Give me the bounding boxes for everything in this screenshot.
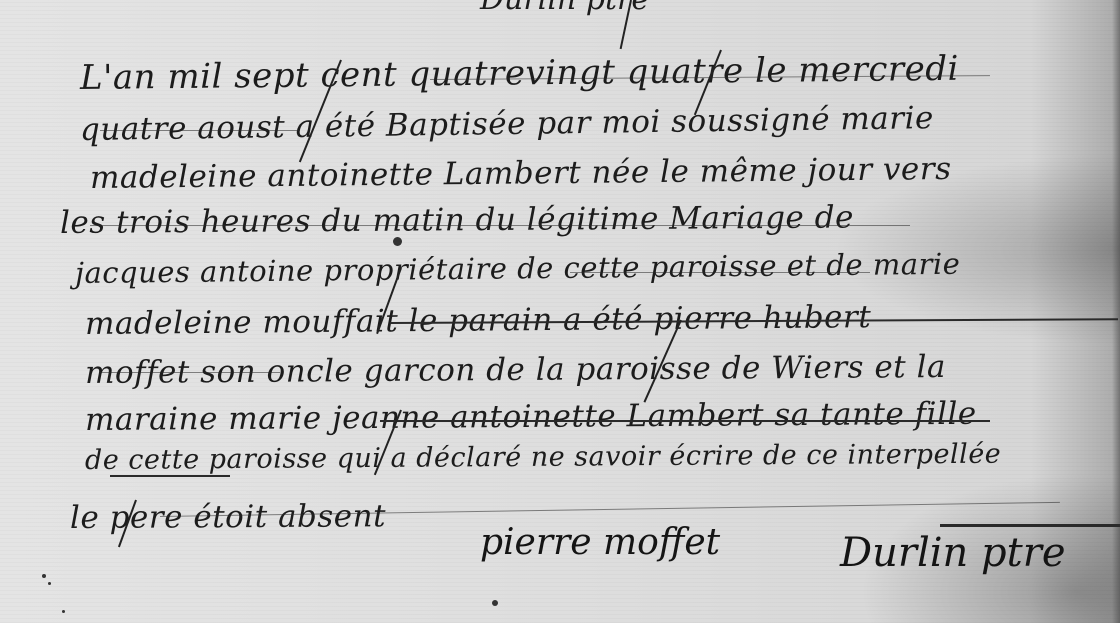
- text-line-9: de cette paroisse qui a déclaré ne savoi…: [85, 439, 1001, 476]
- signature-underline: [940, 524, 1120, 527]
- fill-stroke-line-5: [570, 272, 870, 273]
- priest-signature: Durlin ptre: [840, 530, 1066, 576]
- text-line-2: quatre aoust a été Baptisée par moi sous…: [80, 100, 934, 148]
- previous-entry-signature-fragment: Durlin ptre: [480, 0, 649, 17]
- text-line-4: les trois heures du matin du légitime Ma…: [60, 199, 854, 241]
- text-line-7: moffet son oncle garcon de la paroisse d…: [85, 349, 946, 391]
- fill-stroke-line-4: [90, 225, 910, 226]
- fill-stroke-line-8: [380, 420, 990, 422]
- godfather-signature: pierre moffet: [480, 522, 720, 563]
- text-line-8: maraine marie jeanne antoinette Lambert …: [85, 396, 977, 438]
- text-line-5: jacques antoine propriétaire de cette pa…: [75, 247, 961, 290]
- ink-speck: [48, 582, 51, 585]
- manuscript-page: Durlin ptre L'an mil sept cent quatrevin…: [0, 0, 1120, 623]
- ink-speck: [62, 610, 65, 613]
- ink-blot: [393, 237, 402, 246]
- text-line-1: L'an mil sept cent quatrevingt quatre le…: [80, 49, 959, 98]
- fill-stroke-line-2: [100, 130, 300, 131]
- fill-stroke-line-9: [110, 475, 230, 477]
- ink-blot: [492, 600, 498, 606]
- text-line-3: madeleine antoinette Lambert née le même…: [90, 151, 952, 196]
- page-edge-shadow: [1112, 0, 1120, 623]
- text-line-10: le pere étoit absent: [70, 498, 386, 536]
- fill-stroke-line-7: [100, 372, 280, 373]
- ink-speck: [42, 574, 46, 578]
